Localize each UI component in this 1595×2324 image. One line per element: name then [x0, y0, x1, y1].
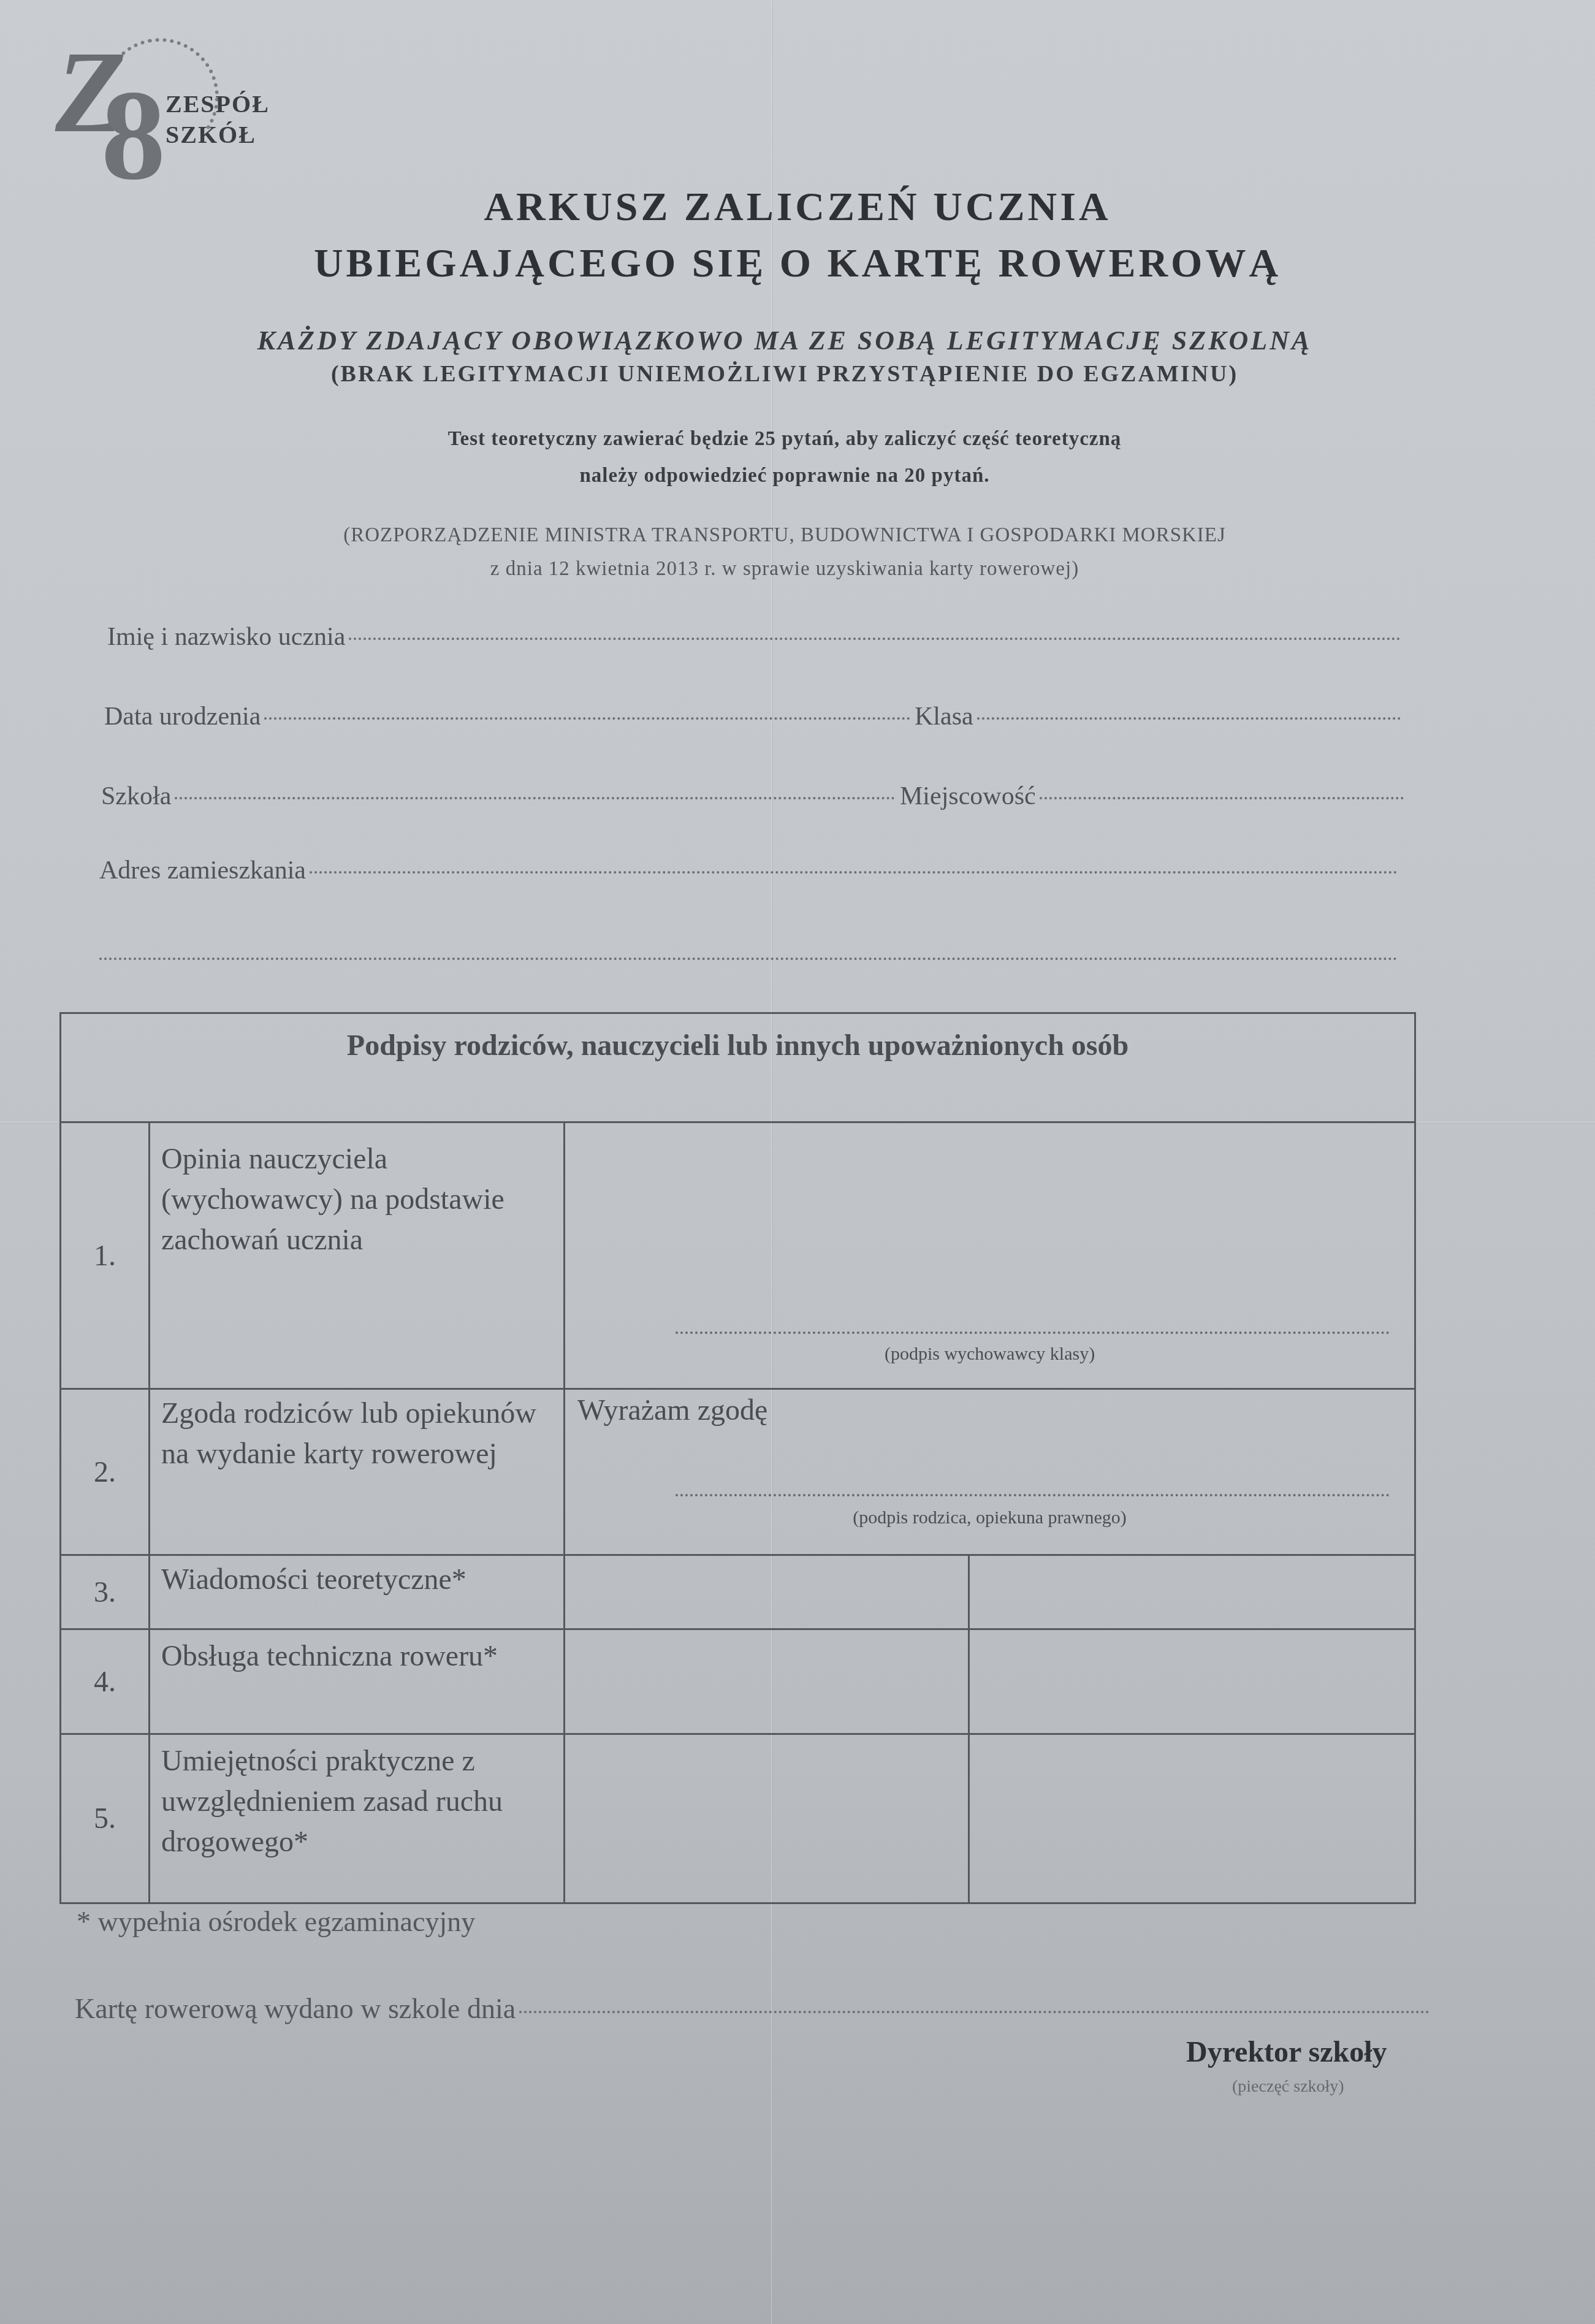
row-number: 4. — [61, 1629, 150, 1734]
footnote: * wypełnia ośrodek egzaminacyjny — [77, 1905, 475, 1938]
field-birthdate-input[interactable] — [264, 717, 910, 720]
field-address[interactable]: Adres zamieszkania — [99, 856, 1398, 885]
row-label-practical: Umiejętności praktyczne z uwzględnieniem… — [150, 1734, 565, 1903]
teacher-signature-line[interactable] — [676, 1332, 1390, 1334]
field-address-label: Adres zamieszkania — [99, 856, 306, 885]
teacher-signature-caption: (podpis wychowawcy klasy) — [565, 1344, 1414, 1365]
field-address-input[interactable] — [310, 871, 1398, 874]
notice-line2: (BRAK LEGITYMACJI UNIEMOŻLIWI PRZYSTĄPIE… — [0, 360, 1569, 387]
table-row: 4. Obsługa techniczna roweru* — [61, 1629, 1415, 1734]
field-town-input[interactable] — [1040, 797, 1404, 799]
test-info-line1: Test teoretyczny zawierać będzie 25 pyta… — [0, 428, 1569, 451]
parent-signature-line[interactable] — [676, 1494, 1390, 1496]
theory-cell-col3[interactable] — [565, 1555, 969, 1629]
test-info-line2: należy odpowiedzieć poprawnie na 20 pyta… — [0, 465, 1569, 487]
row-number: 5. — [61, 1734, 150, 1903]
field-birthdate-label: Data urodzenia — [104, 702, 261, 731]
row-label-theory: Wiadomości teoretyczne* — [150, 1555, 565, 1629]
table-row: 2. Zgoda rodziców lub opiekunów na wydan… — [61, 1389, 1415, 1555]
field-student-name-label: Imię i nazwisko ucznia — [107, 622, 345, 652]
row-number: 3. — [61, 1555, 150, 1629]
field-birthdate[interactable]: Data urodzenia — [104, 702, 910, 731]
logo-text-line2: SZKÓŁ — [166, 120, 256, 149]
table-header-row: Podpisy rodziców, nauczycieli lub innych… — [61, 1013, 1415, 1122]
logo-digit-8: 8 — [101, 71, 166, 200]
title-line1: ARKUSZ ZALICZEŃ UCZNIA — [0, 184, 1595, 230]
row-label-technical: Obsługa techniczna roweru* — [150, 1629, 565, 1734]
field-student-name-input[interactable] — [349, 638, 1401, 640]
table-row: 3. Wiadomości teoretyczne* — [61, 1555, 1415, 1629]
technical-cell-col4[interactable] — [969, 1629, 1415, 1734]
school-stamp-label: (pieczęć szkoły) — [1232, 2077, 1344, 2097]
practical-cell-col3[interactable] — [565, 1734, 969, 1903]
technical-cell-col3[interactable] — [565, 1629, 969, 1734]
table-header: Podpisy rodziców, nauczycieli lub innych… — [61, 1013, 1415, 1122]
field-school-input[interactable] — [175, 797, 895, 799]
row-label-teacher-opinion: Opinia nauczyciela (wychowawcy) na podst… — [150, 1122, 565, 1389]
row-number: 2. — [61, 1389, 150, 1555]
signatures-table: Podpisy rodziców, nauczycieli lub innych… — [59, 1012, 1416, 1904]
regulation-line1: (ROZPORZĄDZENIE MINISTRA TRANSPORTU, BUD… — [0, 524, 1569, 547]
field-town[interactable]: Miejscowość — [900, 782, 1404, 811]
title-line2: UBIEGAJĄCEGO SIĘ O KARTĘ ROWEROWĄ — [0, 240, 1595, 287]
field-issued-date[interactable]: Kartę rowerową wydano w szkole dnia — [75, 1992, 1429, 2025]
logo-text-line1: ZESPÓŁ — [166, 90, 270, 118]
field-school[interactable]: Szkoła — [101, 782, 895, 811]
consent-text: Wyrażam zgodę — [577, 1393, 767, 1427]
row-number: 1. — [61, 1122, 150, 1389]
director-label: Dyrektor szkoły — [1186, 2035, 1387, 2069]
teacher-signature-cell[interactable]: (podpis wychowawcy klasy) — [565, 1122, 1415, 1389]
field-class-input[interactable] — [977, 717, 1401, 720]
table-row: 5. Umiejętności praktyczne z uwzględnien… — [61, 1734, 1415, 1903]
field-issued-date-label: Kartę rowerową wydano w szkole dnia — [75, 1992, 516, 2025]
parent-signature-caption: (podpis rodzica, opiekuna prawnego) — [565, 1507, 1414, 1528]
theory-cell-col4[interactable] — [969, 1555, 1415, 1629]
school-logo: Z 8 ZESPÓŁ SZKÓŁ — [43, 22, 251, 188]
field-issued-date-input[interactable] — [519, 2011, 1429, 2013]
parent-signature-cell[interactable]: Wyrażam zgodę (podpis rodzica, opiekuna … — [565, 1389, 1415, 1555]
field-student-name[interactable]: Imię i nazwisko ucznia — [107, 622, 1401, 652]
practical-cell-col4[interactable] — [969, 1734, 1415, 1903]
table-row: 1. Opinia nauczyciela (wychowawcy) na po… — [61, 1122, 1415, 1389]
field-class[interactable]: Klasa — [915, 702, 1401, 731]
notice-line1: KAŻDY ZDAJĄCY OBOWIĄZKOWO MA ZE SOBĄ LEG… — [0, 325, 1569, 356]
field-class-label: Klasa — [915, 702, 973, 731]
field-address-line2[interactable] — [99, 958, 1398, 960]
field-town-label: Miejscowość — [900, 782, 1036, 811]
row-label-parent-consent: Zgoda rodziców lub opiekunów na wydanie … — [150, 1389, 565, 1555]
regulation-line2: z dnia 12 kwietnia 2013 r. w sprawie uzy… — [0, 558, 1569, 581]
field-school-label: Szkoła — [101, 782, 171, 811]
